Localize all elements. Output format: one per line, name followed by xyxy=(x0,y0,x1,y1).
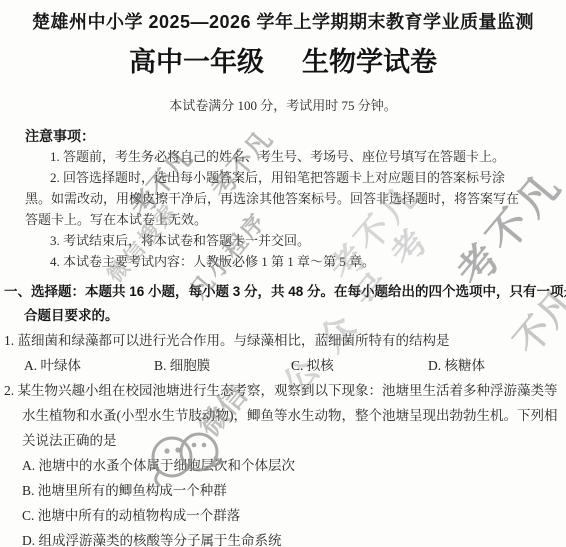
notice-line: 4. 本试卷主要考试内容：人教版必修 1 第 1 章～第 5 章。 xyxy=(25,251,566,272)
notice-line: 2. 回答选择题时，选出每小题答案后，用铅笔把答题卡上对应题目的答案标号涂 xyxy=(25,167,566,188)
option-d: D. 组成浮游藻类的核酸等分子属于生命系统 xyxy=(4,528,566,547)
subject-label: 生物学试卷 xyxy=(302,47,437,77)
paper-title: 楚雄州中小学 2025—2026 学年上学期期末教育学业质量监测 xyxy=(0,8,566,34)
notices-heading: 注意事项： xyxy=(25,126,566,146)
option-a: A. 池塘中的水蚤个体属于细胞层次和个体层次 xyxy=(4,453,566,478)
choice-section: 一、选择题：本题共 16 小题，每小题 3 分，共 48 分。在每小题给出的四个… xyxy=(4,280,566,547)
option-b: B. 细胞膜 xyxy=(154,353,210,378)
exam-info: 本试卷满分 100 分，考试用时 75 分钟。 xyxy=(0,95,566,114)
notices-section: 注意事项： 1. 答题前，考生务必将自己的姓名、考生号、考场号、座位号填写在答题… xyxy=(25,126,566,272)
question-2-stem-continued: 关说法正确的是 xyxy=(4,428,566,453)
option-c: C. 拟核 xyxy=(291,353,334,378)
paper-header: 楚雄州中小学 2025—2026 学年上学期期末教育学业质量监测 高中一年级生物… xyxy=(0,0,566,114)
option-c: C. 池塘中所有的动植物构成一个群落 xyxy=(4,503,566,528)
option-b: B. 池塘里所有的鲫鱼构成一个种群 xyxy=(4,478,566,503)
question-2-stem-continued: 水生植物和水蚤(小型水生节肢动物)，鲫鱼等水生动物，整个池塘呈现出勃勃生机。下列… xyxy=(4,403,566,428)
question-1-options: A. 叶绿体 B. 细胞膜 C. 拟核 D. 核糖体 xyxy=(4,353,566,378)
notice-line: 1. 答题前，考生务必将自己的姓名、考生号、考场号、座位号填写在答题卡上。 xyxy=(25,146,566,167)
section-heading: 一、选择题：本题共 16 小题，每小题 3 分，共 48 分。在每小题给出的四个… xyxy=(4,280,566,304)
notice-line: 答题卡上。写在本试卷上无效。 xyxy=(25,209,566,230)
paper-subtitle: 高中一年级生物学试卷 xyxy=(0,40,566,79)
notice-line: 黑。如需改动，用橡皮擦干净后，再选涂其他答案标号。回答非选择题时，将答案写在 xyxy=(25,188,566,209)
question-2-stem: 2. 某生物兴趣小组在校园池塘进行生态考察，观察到以下现象：池塘里生活着多种浮游… xyxy=(4,378,566,403)
option-d: D. 核糖体 xyxy=(428,353,485,378)
notice-line: 3. 考试结束后，将本试卷和答题卡一并交回。 xyxy=(25,230,566,251)
exam-paper-page: 考不凡 考不凡 微信搜索 凡小程序 考不凡 考不凡 公众号考 微信 不凡 楚雄州… xyxy=(0,0,566,547)
question-1-stem: 1. 蓝细菌和绿藻都可以进行光合作用。与绿藻相比，蓝细菌所特有的结构是 xyxy=(4,328,566,353)
grade-label: 高中一年级 xyxy=(129,47,264,77)
option-a: A. 叶绿体 xyxy=(24,353,81,378)
section-heading-continued: 合题目要求的。 xyxy=(4,304,566,328)
